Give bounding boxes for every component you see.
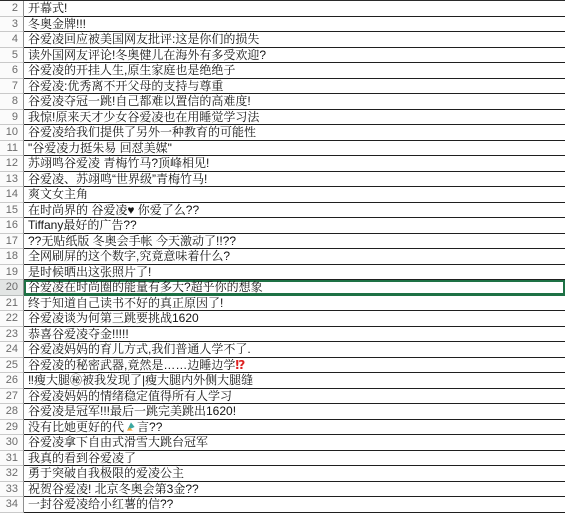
table-row: 24谷爱凌妈妈的育儿方式,我们普通人学不了. — [0, 342, 565, 358]
row-number[interactable]: 18 — [0, 249, 24, 265]
cell-text-segment: 没有比她更好的代 — [28, 420, 124, 434]
table-row: 15在时尚界的 谷爱凌♥ 你爱了么?? — [0, 203, 565, 219]
cell-text-segment: 谷爱凌给我们提供了另外一种教育的可能性 — [28, 125, 256, 139]
cell-text-segment: 我惊!原来天才少女谷爱凌也在用睡觉学习法 — [28, 110, 259, 124]
cell-text-segment: 爽文女主角 — [28, 187, 88, 201]
row-number[interactable]: 9 — [0, 110, 24, 126]
cell-text-segment: 祝贺谷爱凌! 北京冬奥会第3金?? — [28, 482, 199, 496]
cell-text[interactable]: 苏翊鸣谷爱凌 青梅竹马?顶峰相见! — [24, 156, 565, 172]
cell-text-segment: 谷爱凌是冠军!!!最后一跳完美跳出1620! — [28, 404, 236, 418]
cell-text[interactable]: "谷爱凌力挺朱易 回怼美媒" — [24, 141, 565, 157]
table-row: 2开幕式! — [0, 1, 565, 17]
cell-text-segment: 谷爱凌:优秀离不开父母的支持与尊重 — [28, 79, 223, 93]
row-number[interactable]: 21 — [0, 296, 24, 312]
cell-text[interactable]: 谷爱凌夺冠一跳!自己都难以置信的高难度! — [24, 94, 565, 110]
cell-text[interactable]: 在时尚界的 谷爱凌♥ 你爱了么?? — [24, 203, 565, 219]
cell-text-segment: 开幕式! — [28, 1, 67, 15]
table-row: 9我惊!原来天才少女谷爱凌也在用睡觉学习法 — [0, 110, 565, 126]
table-row: 11"谷爱凌力挺朱易 回怼美媒" — [0, 141, 565, 157]
cell-text[interactable]: 一封谷爱凌给小红薯的信?? — [24, 497, 565, 513]
cell-text-segment: 勇于突破自我极限的爱凌公主 — [28, 466, 184, 480]
cell-text[interactable]: 是时候晒出这张照片了! — [24, 265, 565, 281]
row-number[interactable]: 32 — [0, 466, 24, 482]
table-row: 5读外国网友评论!冬奥健儿在海外有多受欢迎? — [0, 48, 565, 64]
cell-text[interactable]: 没有比她更好的代言?? — [24, 420, 565, 436]
cell-text-segment: ‼瘦大腿㊙被我发现了|瘦大腿内外侧大腿缝 — [28, 373, 253, 387]
cell-text[interactable]: 谷爱凌、苏翊鸣“世界级”青梅竹马! — [24, 172, 565, 188]
cell-text-segment: 谷爱凌妈妈的育儿方式,我们普通人学不了. — [28, 342, 251, 356]
table-row: 10谷爱凌给我们提供了另外一种教育的可能性 — [0, 125, 565, 141]
cell-text[interactable]: 谷爱凌在时尚圈的能量有多大?超乎你的想象 — [24, 280, 565, 296]
row-number[interactable]: 8 — [0, 94, 24, 110]
row-number[interactable]: 7 — [0, 79, 24, 95]
row-number[interactable]: 4 — [0, 32, 24, 48]
row-number[interactable]: 26 — [0, 373, 24, 389]
row-number[interactable]: 15 — [0, 203, 24, 219]
row-number[interactable]: 34 — [0, 497, 24, 513]
cell-text-segment: 在时尚界的 谷爱凌♥ 你爱了么?? — [28, 203, 199, 217]
cell-text-segment: 我真的看到谷爱凌了 — [28, 451, 136, 465]
row-number[interactable]: 27 — [0, 389, 24, 405]
table-row: 30谷爱凌拿下自由式滑雪大跳台冠军 — [0, 435, 565, 451]
cell-text-segment: 全网刷屏的这个数字,究竟意味着什么? — [28, 249, 230, 263]
cell-text[interactable]: 我惊!原来天才少女谷爱凌也在用睡觉学习法 — [24, 110, 565, 126]
row-number[interactable]: 31 — [0, 451, 24, 467]
table-row: 18全网刷屏的这个数字,究竟意味着什么? — [0, 249, 565, 265]
row-number[interactable]: 28 — [0, 404, 24, 420]
cell-text[interactable]: 谷爱凌妈妈的情绪稳定值得所有人学习 — [24, 389, 565, 405]
row-number[interactable]: 11 — [0, 141, 24, 157]
row-number[interactable]: 25 — [0, 358, 24, 374]
row-number[interactable]: 20 — [0, 280, 24, 296]
table-row: 3冬奥金牌!!! — [0, 17, 565, 33]
cell-text[interactable]: 勇于突破自我极限的爱凌公主 — [24, 466, 565, 482]
table-row: 31我真的看到谷爱凌了 — [0, 451, 565, 467]
cell-text-segment: "谷爱凌力挺朱易 回怼美媒" — [28, 141, 172, 155]
cell-text-segment: 言?? — [137, 420, 162, 434]
row-number[interactable]: 29 — [0, 420, 24, 436]
cell-text[interactable]: 谷爱凌谈为何第三跳要挑战1620 — [24, 311, 565, 327]
row-number[interactable]: 3 — [0, 17, 24, 33]
cell-text-segment: 谷爱凌拿下自由式滑雪大跳台冠军 — [28, 435, 208, 449]
cell-text-segment: ??无贴纸版 冬奥会手帐 今天激动了!!?? — [28, 234, 236, 248]
table-row: 13谷爱凌、苏翊鸣“世界级”青梅竹马! — [0, 172, 565, 188]
table-row: 27谷爱凌妈妈的情绪稳定值得所有人学习 — [0, 389, 565, 405]
cell-text-segment: 谷爱凌在时尚圈的能量有多大?超乎你的想象 — [28, 280, 263, 294]
row-number[interactable]: 2 — [0, 1, 24, 17]
cell-text-segment: 是时候晒出这张照片了! — [28, 265, 151, 279]
table-row: 19是时候晒出这张照片了! — [0, 265, 565, 281]
cell-text[interactable]: 开幕式! — [24, 1, 565, 17]
cell-text-segment: 谷爱凌的开挂人生,原生家庭也是绝绝子 — [28, 63, 235, 77]
table-row: 8谷爱凌夺冠一跳!自己都难以置信的高难度! — [0, 94, 565, 110]
cell-text[interactable]: 谷爱凌给我们提供了另外一种教育的可能性 — [24, 125, 565, 141]
cell-text[interactable]: ‼瘦大腿㊙被我发现了|瘦大腿内外侧大腿缝 — [24, 373, 565, 389]
table-row: 6谷爱凌的开挂人生,原生家庭也是绝绝子 — [0, 63, 565, 79]
table-row: 16Tiffany最好的广告?? — [0, 218, 565, 234]
table-row: 25谷爱凌的秘密武器,竟然是……边睡边学⁉ — [0, 358, 565, 374]
cell-text[interactable]: 谷爱凌拿下自由式滑雪大跳台冠军 — [24, 435, 565, 451]
table-row: 34一封谷爱凌给小红薯的信?? — [0, 497, 565, 513]
table-row: 33祝贺谷爱凌! 北京冬奥会第3金?? — [0, 482, 565, 498]
cell-text-segment: 终于知道自己读书不好的真正原因了! — [28, 296, 223, 310]
row-number[interactable]: 17 — [0, 234, 24, 250]
row-number[interactable]: 12 — [0, 156, 24, 172]
cell-text[interactable]: 全网刷屏的这个数字,究竟意味着什么? — [24, 249, 565, 265]
row-number[interactable]: 33 — [0, 482, 24, 498]
pen-icon — [125, 421, 136, 432]
cell-text-segment: 读外国网友评论!冬奥健儿在海外有多受欢迎? — [28, 48, 266, 62]
row-number[interactable]: 24 — [0, 342, 24, 358]
cell-text-segment: 恭喜谷爱凌夺金!!!!! — [28, 327, 129, 341]
cell-text[interactable]: 我真的看到谷爱凌了 — [24, 451, 565, 467]
table-row: 28谷爱凌是冠军!!!最后一跳完美跳出1620! — [0, 404, 565, 420]
cell-text-segment: 一封谷爱凌给小红薯的信?? — [28, 497, 173, 511]
row-number[interactable]: 14 — [0, 187, 24, 203]
cell-text[interactable]: 谷爱凌妈妈的育儿方式,我们普通人学不了. — [24, 342, 565, 358]
table-row: 26‼瘦大腿㊙被我发现了|瘦大腿内外侧大腿缝 — [0, 373, 565, 389]
cell-text[interactable]: ??无贴纸版 冬奥会手帐 今天激动了!!?? — [24, 234, 565, 250]
cell-text-segment: 谷爱凌、苏翊鸣“世界级”青梅竹马! — [28, 172, 207, 186]
table-row: 29没有比她更好的代言?? — [0, 420, 565, 436]
cell-text[interactable]: 谷爱凌的开挂人生,原生家庭也是绝绝子 — [24, 63, 565, 79]
row-number[interactable]: 5 — [0, 48, 24, 64]
cell-text-segment: 谷爱凌的秘密武器,竟然是……边睡边学 — [28, 358, 235, 372]
table-row: 21终于知道自己读书不好的真正原因了! — [0, 296, 565, 312]
spreadsheet-grid: 2开幕式!3冬奥金牌!!!4谷爱凌回应被美国网友批评:这是你们的损失5读外国网友… — [0, 0, 565, 523]
cell-text-segment: ⁉ — [235, 358, 245, 372]
table-row: 20谷爱凌在时尚圈的能量有多大?超乎你的想象 — [0, 280, 565, 296]
cell-text[interactable]: 冬奥金牌!!! — [24, 17, 565, 33]
table-row: 7谷爱凌:优秀离不开父母的支持与尊重 — [0, 79, 565, 95]
cell-text-segment: 苏翊鸣谷爱凌 青梅竹马?顶峰相见! — [28, 156, 209, 170]
cell-text[interactable]: 祝贺谷爱凌! 北京冬奥会第3金?? — [24, 482, 565, 498]
table-row: 17??无贴纸版 冬奥会手帐 今天激动了!!?? — [0, 234, 565, 250]
cell-text[interactable]: Tiffany最好的广告?? — [24, 218, 565, 234]
cell-text-segment: 谷爱凌回应被美国网友批评:这是你们的损失 — [28, 32, 259, 46]
row-number[interactable]: 19 — [0, 265, 24, 281]
table-row: 23恭喜谷爱凌夺金!!!!! — [0, 327, 565, 343]
cell-text-segment: Tiffany最好的广告?? — [28, 218, 137, 232]
row-number[interactable]: 30 — [0, 435, 24, 451]
cell-text[interactable]: 终于知道自己读书不好的真正原因了! — [24, 296, 565, 312]
cell-text-segment: 谷爱凌夺冠一跳!自己都难以置信的高难度! — [28, 94, 251, 108]
cell-text-segment: 冬奥金牌!!! — [28, 17, 86, 31]
cell-text[interactable]: 谷爱凌回应被美国网友批评:这是你们的损失 — [24, 32, 565, 48]
row-number[interactable]: 16 — [0, 218, 24, 234]
row-number[interactable]: 6 — [0, 63, 24, 79]
cell-text[interactable]: 爽文女主角 — [24, 187, 565, 203]
cell-text[interactable]: 谷爱凌的秘密武器,竟然是……边睡边学⁉ — [24, 358, 565, 374]
cell-text[interactable]: 谷爱凌是冠军!!!最后一跳完美跳出1620! — [24, 404, 565, 420]
cell-text-segment: 谷爱凌谈为何第三跳要挑战1620 — [28, 311, 199, 325]
table-row: 22谷爱凌谈为何第三跳要挑战1620 — [0, 311, 565, 327]
table-row: 32勇于突破自我极限的爱凌公主 — [0, 466, 565, 482]
cell-text[interactable]: 恭喜谷爱凌夺金!!!!! — [24, 327, 565, 343]
cell-text[interactable]: 谷爱凌:优秀离不开父母的支持与尊重 — [24, 79, 565, 95]
row-number[interactable]: 23 — [0, 327, 24, 343]
table-row: 14爽文女主角 — [0, 187, 565, 203]
row-number[interactable]: 22 — [0, 311, 24, 327]
table-row: 4谷爱凌回应被美国网友批评:这是你们的损失 — [0, 32, 565, 48]
cell-text-segment: 谷爱凌妈妈的情绪稳定值得所有人学习 — [28, 389, 232, 403]
table-row: 12苏翊鸣谷爱凌 青梅竹马?顶峰相见! — [0, 156, 565, 172]
row-number[interactable]: 13 — [0, 172, 24, 188]
cell-text[interactable]: 读外国网友评论!冬奥健儿在海外有多受欢迎? — [24, 48, 565, 64]
row-number[interactable]: 10 — [0, 125, 24, 141]
